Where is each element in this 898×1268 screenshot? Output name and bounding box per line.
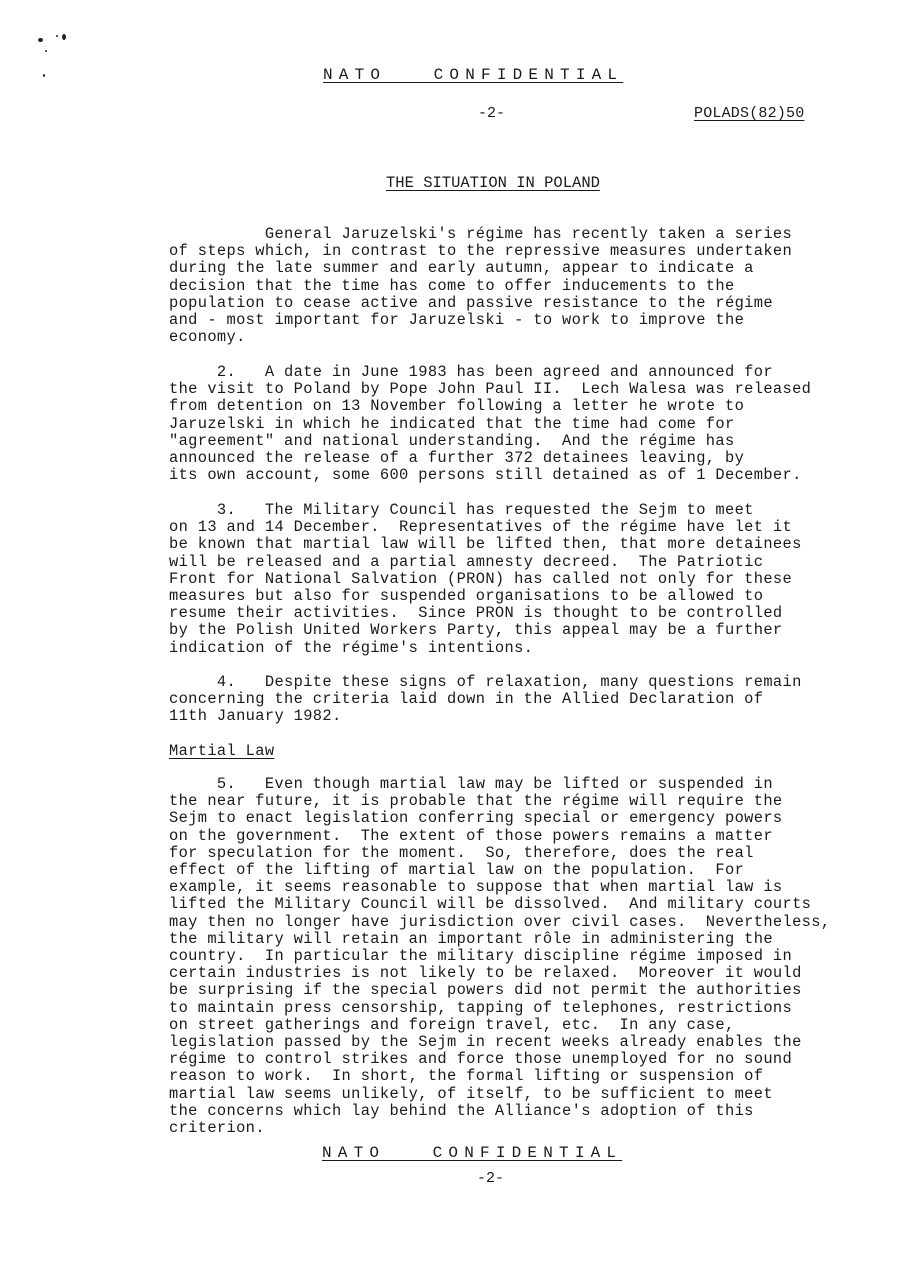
page-number-footer: -2- [477,1170,504,1187]
text-line: for speculation for the moment. So, ther… [169,845,869,862]
text-line: country. In particular the military disc… [169,948,869,965]
text-line: "agreement" and national understanding. … [169,433,869,450]
text-line: during the late summer and early autumn,… [169,260,869,277]
text-line: criterion. [169,1120,869,1137]
text-line: may then no longer have jurisdiction ove… [169,914,869,931]
text-line: lifted the Military Council will be diss… [169,896,869,913]
text-line: of steps which, in contrast to the repre… [169,243,869,260]
scan-artifact-marks [38,30,108,90]
section-heading-martial-law: Martial Law [169,742,274,760]
text-line: be known that martial law will be lifted… [169,536,869,553]
text-line: economy. [169,329,869,346]
document-page: NATO CONFIDENTIAL -2- POLADS(82)50 THE S… [0,0,898,1268]
text-line: 11th January 1982. [169,708,869,725]
page-number-header: -2- [478,105,505,122]
text-line: resume their activities. Since PRON is t… [169,605,869,622]
text-line: legislation passed by the Sejm in recent… [169,1034,869,1051]
text-line: measures but also for suspended organisa… [169,588,869,605]
text-line: its own account, some 600 persons still … [169,467,869,484]
text-line: the concerns which lay behind the Allian… [169,1103,869,1120]
text-line: by the Polish United Workers Party, this… [169,622,869,639]
text-line: 2. A date in June 1983 has been agreed a… [169,364,869,381]
text-line: General Jaruzelski's régime has recently… [169,226,869,243]
text-line: example, it seems reasonable to suppose … [169,879,869,896]
text-line: Jaruzelski in which he indicated that th… [169,416,869,433]
text-line: indication of the régime's intentions. [169,640,869,657]
text-line: on 13 and 14 December. Representatives o… [169,519,869,536]
text-line: Sejm to enact legislation conferring spe… [169,810,869,827]
paragraph-4: 4. Despite these signs of relaxation, ma… [169,674,869,726]
text-line: 3. The Military Council has requested th… [169,502,869,519]
text-line: on street gatherings and foreign travel,… [169,1017,869,1034]
text-line: be surprising if the special powers did … [169,982,869,999]
paragraph-1: General Jaruzelski's régime has recently… [169,226,869,346]
text-line: 4. Despite these signs of relaxation, ma… [169,674,869,691]
document-reference: POLADS(82)50 [694,105,804,122]
text-line: from detention on 13 November following … [169,398,869,415]
text-line: Front for National Salvation (PRON) has … [169,571,869,588]
text-line: and - most important for Jaruzelski - to… [169,312,869,329]
text-line: decision that the time has come to offer… [169,278,869,295]
classification-header: NATO CONFIDENTIAL [323,66,623,84]
text-line: régime to control strikes and force thos… [169,1051,869,1068]
text-line: reason to work. In short, the formal lif… [169,1068,869,1085]
paragraph-2: 2. A date in June 1983 has been agreed a… [169,364,869,484]
classification-footer: NATO CONFIDENTIAL [322,1144,622,1162]
text-line: certain industries is not likely to be r… [169,965,869,982]
text-line: effect of the lifting of martial law on … [169,862,869,879]
text-line: to maintain press censorship, tapping of… [169,1000,869,1017]
text-line: announced the release of a further 372 d… [169,450,869,467]
text-line: the visit to Poland by Pope John Paul II… [169,381,869,398]
text-line: martial law seems unlikely, of itself, t… [169,1086,869,1103]
paragraph-5: 5. Even though martial law may be lifted… [169,776,869,1137]
text-line: on the government. The extent of those p… [169,828,869,845]
text-line: 5. Even though martial law may be lifted… [169,776,869,793]
document-title: THE SITUATION IN POLAND [386,174,600,192]
text-line: population to cease active and passive r… [169,295,869,312]
text-line: the military will retain an important rô… [169,931,869,948]
text-line: the near future, it is probable that the… [169,793,869,810]
text-line: concerning the criteria laid down in the… [169,691,869,708]
paragraph-3: 3. The Military Council has requested th… [169,502,869,657]
text-line: will be released and a partial amnesty d… [169,554,869,571]
